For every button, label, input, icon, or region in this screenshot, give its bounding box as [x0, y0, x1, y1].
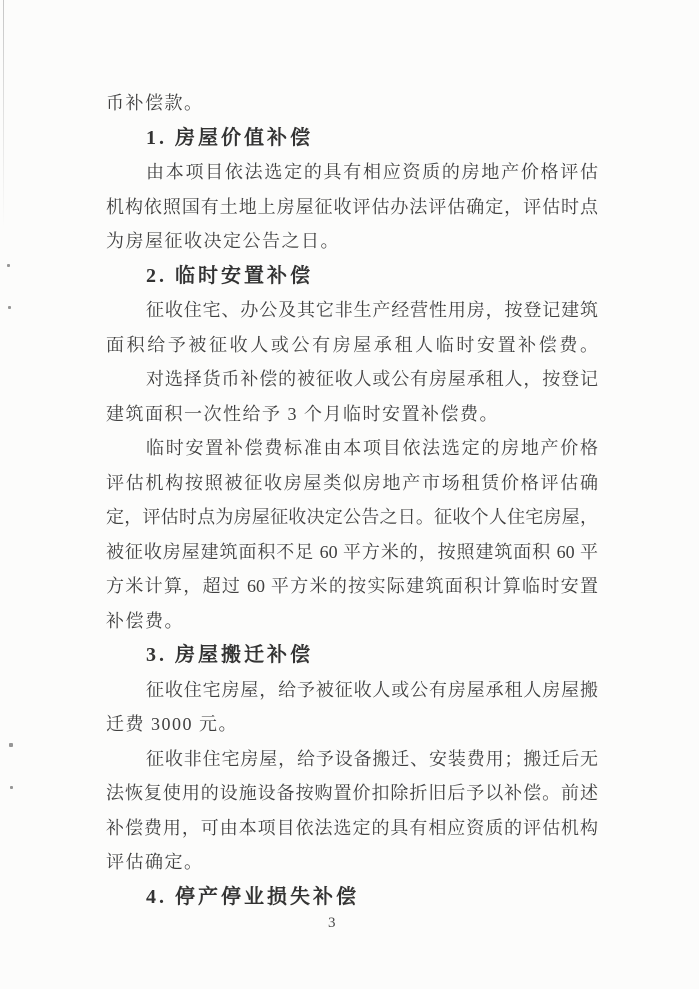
text-line: 补偿费用，可由本项目依法选定的具有相应资质的评估机构: [106, 811, 598, 846]
text-line: 征收非住宅房屋，给予设备搬迁、安装费用；搬迁后无: [106, 742, 598, 777]
text-line: 征收住宅、办公及其它非生产经营性用房，按登记建筑: [106, 293, 598, 328]
text-line: 为房屋征收决定公告之日。: [106, 224, 598, 259]
text-line: 评估机构按照被征收房屋类似房地产市场租赁价格评估确: [106, 466, 598, 501]
text-line: 对选择货币补偿的被征收人或公有房屋承租人，按登记: [106, 362, 598, 397]
text-line: 定，评估时点为房屋征收决定公告之日。征收个人住宅房屋，: [106, 500, 598, 535]
text-line: 迁费 3000 元。: [106, 707, 598, 742]
text-line: 由本项目依法选定的具有相应资质的房地产价格评估: [106, 155, 598, 190]
scan-speck: [10, 786, 13, 789]
text-line: 临时安置补偿费标准由本项目依法选定的房地产价格: [106, 431, 598, 466]
document-body: 币补偿款。 1. 房屋价值补偿 由本项目依法选定的具有相应资质的房地产价格评估 …: [106, 86, 598, 914]
text-line: 面积给予被征收人或公有房屋承租人临时安置补偿费。: [106, 328, 598, 363]
text-line: 机构依照国有土地上房屋征收评估办法评估确定，评估时点: [106, 190, 598, 225]
text-line: 补偿费。: [106, 604, 598, 639]
text-line: 被征收房屋建筑面积不足 60 平方米的，按照建筑面积 60 平: [106, 535, 598, 570]
scan-speck: [8, 306, 11, 309]
text-line: 币补偿款。: [106, 86, 598, 121]
text-line: 征收住宅房屋，给予被征收人或公有房屋承租人房屋搬: [106, 673, 598, 708]
section-heading-1: 1. 房屋价值补偿: [106, 121, 598, 156]
section-heading-3: 3. 房屋搬迁补偿: [106, 638, 598, 673]
scan-speck: [7, 264, 10, 267]
text-line: 建筑面积一次性给予 3 个月临时安置补偿费。: [106, 397, 598, 432]
section-heading-2: 2. 临时安置补偿: [106, 259, 598, 294]
text-line: 方米计算，超过 60 平方米的按实际建筑面积计算临时安置: [106, 569, 598, 604]
page-number: 3: [328, 915, 336, 932]
section-heading-4: 4. 停产停业损失补偿: [106, 880, 598, 915]
text-line: 法恢复使用的设施设备按购置价扣除折旧后予以补偿。前述: [106, 776, 598, 811]
scan-speck: [9, 743, 13, 747]
text-line: 评估确定。: [106, 845, 598, 880]
scanned-document-page: 币补偿款。 1. 房屋价值补偿 由本项目依法选定的具有相应资质的房地产价格评估 …: [0, 0, 699, 989]
scan-edge-artifact: [3, 0, 4, 228]
